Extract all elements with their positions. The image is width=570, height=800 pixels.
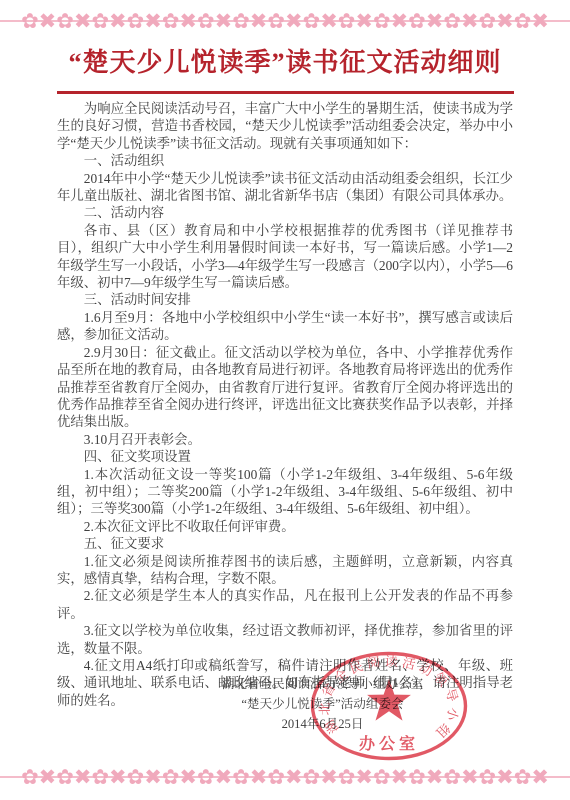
body-paragraph: 3.征文以学校为单位收集，经过语文教师初评，择优推荐，参加省里的评选，数量不限。 [57,622,513,657]
signature-date: 2014年6月25日 [200,714,445,734]
page-title: “楚天少儿悦读季”读书征文活动细则 [0,42,570,79]
section-heading: 一、活动组织 [57,152,513,169]
section-heading: 三、活动时间安排 [57,291,513,308]
document-body: 为响应全民阅读活动号召，丰富广大中小学生的暑期生活，使读书成为学生的良好习惯，营… [57,100,513,709]
body-paragraph: 2.9月30日：征文截止。征文活动以学校为单位，各中、小学推荐优秀作品至所在地的… [57,344,513,431]
body-paragraph: 为响应全民阅读活动号召，丰富广大中小学生的暑期生活，使读书成为学生的良好习惯，营… [57,100,513,152]
title-divider [57,91,514,94]
body-paragraph: 1.征文必须是阅读所推荐图书的读后感，主题鲜明，立意新颖，内容真实，感情真挚，结… [57,553,513,588]
signature-block: 湖北省全民阅读活动领导小组办公室 “楚天少儿悦读季”活动组委会 2014年6月2… [200,674,445,734]
body-paragraph: 2.本次征文评比不收取任何评审费。 [57,518,513,535]
section-heading: 四、征文奖项设置 [57,448,513,465]
body-paragraph: 3.10月召开表彰会。 [57,431,513,448]
signature-committee-line: “楚天少儿悦读季”活动组委会 [200,694,445,714]
flower-pattern-icon: ✿✖✿✖✿✖✿✖✿✖✿✖✿✖✿✖✿✖✿✖✿✖✿✖✿✖✿✖✿✖ [21,765,549,789]
body-paragraph: 1.6月至9月：各地中小学校组织中小学生“读一本好书”，撰写感言或读后感，参加征… [57,309,513,344]
body-paragraph: 1.本次活动征文设一等奖100篇（小学1-2年级组、3-4年级组、5-6年级组，… [57,466,513,518]
section-heading: 二、活动内容 [57,204,513,221]
top-flower-border: ✿✖✿✖✿✖✿✖✿✖✿✖✿✖✿✖✿✖✿✖✿✖✿✖✿✖✿✖✿✖ [0,6,570,36]
flower-pattern-icon: ✿✖✿✖✿✖✿✖✿✖✿✖✿✖✿✖✿✖✿✖✿✖✿✖✿✖✿✖✿✖ [21,9,549,33]
section-heading: 五、征文要求 [57,535,513,552]
signature-org-line: 湖北省全民阅读活动领导小组办公室 [200,674,445,694]
bottom-flower-border: ✿✖✿✖✿✖✿✖✿✖✿✖✿✖✿✖✿✖✿✖✿✖✿✖✿✖✿✖✿✖ [0,762,570,792]
body-paragraph: 2014年中小学“楚天少儿悦读季”读书征文活动由活动组委会组织，长江少年儿童出版… [57,170,513,205]
body-paragraph: 2.征文必须是学生本人的真实作品，凡在报刊上公开发表的作品不再参评。 [57,587,513,622]
stamp-center-label: 办公室 [359,734,419,753]
body-paragraph: 各市、县（区）教育局和中小学校根据推荐的优秀图书（详见推荐书目），组织广大中小学… [57,222,513,292]
